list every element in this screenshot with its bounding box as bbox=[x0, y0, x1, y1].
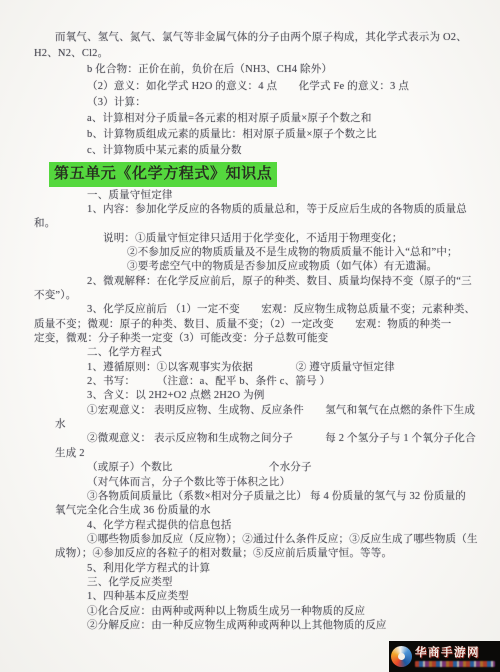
document-line: 和。 bbox=[34, 217, 494, 231]
main-block: 一、质量守恒定律1、内容：参加化学反应的各物质的质量总和，等于反应后生成的各物质… bbox=[34, 189, 494, 634]
document-line: a、计算相对分子质量=各元素的相对原子质量×原子个数之和 bbox=[87, 111, 494, 127]
document-line: 2、微观解释：在化学反应前后，原子的种类、数目、质量均保持不变（原子的“三 bbox=[87, 275, 494, 289]
document-line: 说明：①质量守恒定律只适用于化学变化，不适用于物理变化； bbox=[103, 232, 494, 246]
document-line: ③要考虑空气中的物质是否参加反应或物质（如气体）有无遗漏。 bbox=[127, 260, 494, 274]
document-line: 1、内容：参加化学反应的各物质的质量总和，等于反应后生成的各物质的质量总 bbox=[87, 203, 494, 217]
document-line: 4、化学方程式提供的信息包括 bbox=[87, 519, 494, 533]
watermark-subtext bbox=[415, 661, 495, 667]
document-line: 三、化学反应类型 bbox=[87, 576, 494, 590]
section-heading-highlighted: 第五单元《化学方程式》知识点 bbox=[49, 162, 277, 187]
document-line: 成物）；④参加反应的各粒子的相对数量；⑤反应前后质量守恒。等等。 bbox=[55, 547, 494, 561]
document-line: ①哪些物质参加反应（反应物）；②通过什么条件反应；③反应生成了哪些物质（生 bbox=[87, 533, 494, 547]
document-line: 定变，微观：分子种类一定变（3）可能改变：分子总数可能变 bbox=[34, 332, 494, 346]
document-line: 2、书写： （注意：a、配平 b、条件 c、箭号 ） bbox=[87, 375, 494, 389]
document-line: （2）意义：如化学式 H2O 的意义：4 点 化学式 Fe 的意义：3 点 bbox=[87, 79, 494, 95]
watermark-site-title: 华商手游网 bbox=[415, 647, 495, 659]
top-block: 而氧气、氢气、氮气、氯气等非金属气体的分子由两个原子构成，其化学式表示为 O2、… bbox=[34, 30, 494, 160]
document-line: 二、化学方程式 bbox=[87, 346, 494, 360]
document-line: H2、N2、Cl2。 bbox=[34, 46, 494, 62]
document-line: ①宏观意义： 表明反应物、生成物、反应条件 氢气和氧气在点燃的条件下生成 bbox=[87, 404, 494, 418]
document-line: 质量不变；微观：原子的种类、数目、质量不变；（2）一定改变 宏观：物质的种类一 bbox=[34, 318, 494, 332]
document-line: 生成 2 bbox=[55, 447, 494, 461]
document-line: （对气体而言，分子个数比等于体积之比） bbox=[87, 476, 494, 490]
document-line: 水 bbox=[55, 418, 494, 432]
document-line: 1、四种基本反应类型 bbox=[87, 590, 494, 604]
document-line: 3、含义：以 2H2+O2 点燃 2H2O 为例 bbox=[87, 389, 494, 403]
document-line: ②不参加反应的物质质量及不是生成物的物质质量不能计入“总和”中； bbox=[127, 246, 494, 260]
document-line: 而氧气、氢气、氮气、氯气等非金属气体的分子由两个原子构成，其化学式表示为 O2、 bbox=[55, 30, 494, 46]
document-line: 氧气完全化合生成 36 份质量的水 bbox=[55, 504, 494, 518]
document-line: ②分解反应：由一种反应物生成两种或两种以上其他物质的反应 bbox=[87, 619, 494, 633]
document-line: 1、遵循原则：①以客观事实为依据 ② 遵守质量守恒定律 bbox=[87, 361, 494, 375]
document-content: 而氧气、氢气、氮气、氯气等非金属气体的分子由两个原子构成，其化学式表示为 O2、… bbox=[34, 30, 494, 633]
document-line: c、计算物质中某元素的质量分数 bbox=[87, 143, 494, 159]
document-line: 不变”）。 bbox=[34, 289, 494, 303]
document-line: （3）计算： bbox=[87, 95, 494, 111]
document-line: ①化合反应：由两种或两种以上物质生成另一种物质的反应 bbox=[87, 605, 494, 619]
document-line: b、计算物质组成元素的质量比：相对原子质量×原子个数之比 bbox=[87, 127, 494, 143]
watermark-text: 华商手游网 bbox=[415, 647, 495, 667]
document-line: b 化合物：正价在前，负价在后（NH3、CH4 除外） bbox=[87, 62, 494, 78]
document-line: 一、质量守恒定律 bbox=[87, 189, 494, 203]
heading-row: 第五单元《化学方程式》知识点 bbox=[34, 160, 494, 189]
watermark-badge: 华商手游网 bbox=[389, 641, 500, 672]
document-line: ③各物质间质量比（系数×相对分子质量之比） 每 4 份质量的氢气与 32 份质量… bbox=[87, 490, 494, 504]
scanned-document-page: 而氧气、氢气、氮气、氯气等非金属气体的分子由两个原子构成，其化学式表示为 O2、… bbox=[0, 0, 500, 672]
document-line: 3、化学反应前后 （1）一定不变 宏观：反应物生成物总质量不变；元素种类、 bbox=[87, 303, 494, 317]
watermark-swirl-logo-icon bbox=[391, 646, 412, 667]
document-line: 5、利用化学方程式的计算 bbox=[87, 562, 494, 576]
document-line: ②微观意义： 表示反应物和生成物之间分子 每 2 个氢分子与 1 个氧分子化合 bbox=[87, 432, 494, 446]
document-line: （或原子）个数比 个水分子 bbox=[87, 461, 494, 475]
